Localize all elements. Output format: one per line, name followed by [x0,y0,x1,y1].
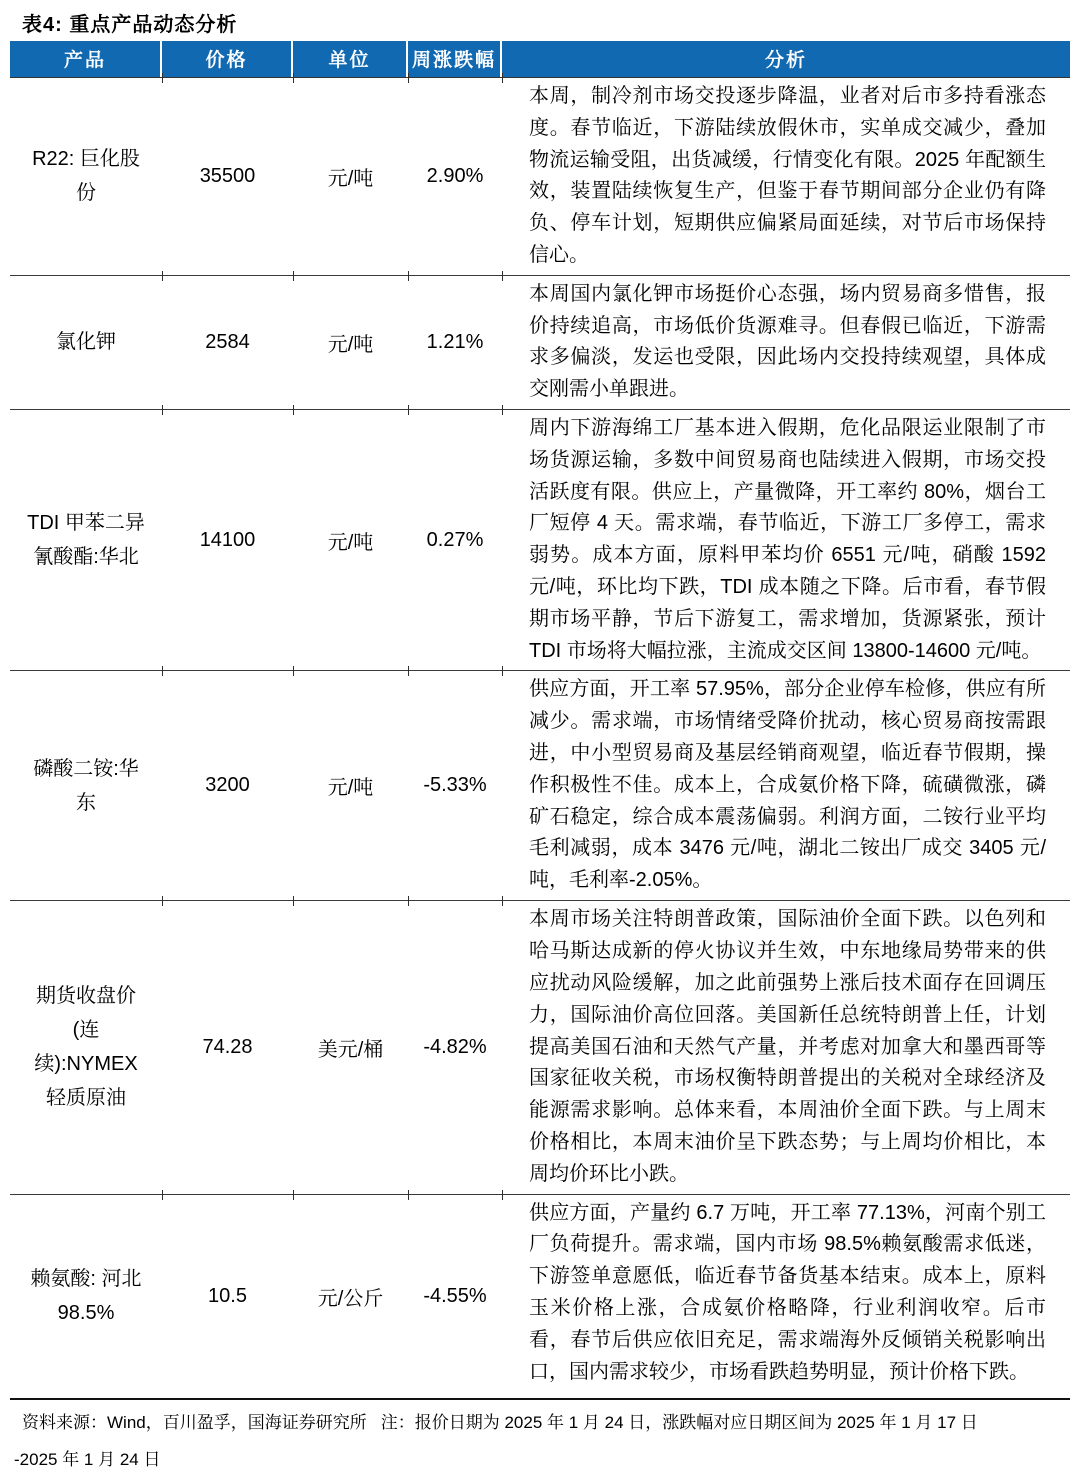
source-text: 资料来源：Wind，百川盈孚，国海证券研究所 [14,1413,367,1432]
table-row: 磷酸二铵:华 东 3200 元/吨 -5.33% 供应方面，开工率 57.95%… [10,670,1070,900]
price-cell: 14100 [162,410,293,670]
weekly-change-cell: -4.82% [408,901,502,1193]
footnote: 资料来源：Wind，百川盈孚，国海证券研究所注：报价日期为 2025 年 1 月… [14,1400,1066,1478]
analysis-cell: 本周国内氯化钾市场挺价心态强，场内贸易商多惜售，报价持续追高，市场低价货源难寻。… [502,276,1070,409]
table-row: TDI 甲苯二异 氰酸酯:华北 14100 元/吨 0.27% 周内下游海绵工厂… [10,409,1070,670]
price-cell: 2584 [162,276,293,409]
table-row: 赖氨酸: 河北 98.5% 10.5 元/公斤 -4.55% 供应方面，产量约 … [10,1194,1070,1398]
unit-cell: 元/吨 [293,78,408,275]
price-cell: 35500 [162,78,293,275]
weekly-change-cell: 1.21% [408,276,502,409]
col-header-analysis: 分析 [502,41,1070,77]
product-dynamics-table: 产品 价格 单位 周涨跌幅 分析 R22: 巨化股 份 35500 元/吨 2.… [10,41,1070,1400]
col-header-unit: 单位 [293,41,408,77]
price-cell: 74.28 [162,901,293,1193]
product-cell: 氯化钾 [10,276,162,409]
price-cell: 3200 [162,671,293,900]
table-row: R22: 巨化股 份 35500 元/吨 2.90% 本周，制冷剂市场交投逐步降… [10,78,1070,275]
product-cell: 磷酸二铵:华 东 [10,671,162,900]
price-cell: 10.5 [162,1195,293,1398]
unit-cell: 美元/桶 [293,901,408,1193]
analysis-cell: 供应方面，开工率 57.95%，部分企业停车检修，供应有所减少。需求端，市场情绪… [502,671,1070,900]
unit-cell: 元/吨 [293,410,408,670]
product-cell: 赖氨酸: 河北 98.5% [10,1195,162,1398]
weekly-change-cell: 2.90% [408,78,502,275]
unit-cell: 元/吨 [293,276,408,409]
product-cell: 期货收盘价 (连 续):NYMEX 轻质原油 [10,901,162,1193]
analysis-cell: 本周，制冷剂市场交投逐步降温，业者对后市多持看涨态度。春节临近，下游陆续放假休市… [502,78,1070,275]
product-cell: R22: 巨化股 份 [10,78,162,275]
table-row: 氯化钾 2584 元/吨 1.21% 本周国内氯化钾市场挺价心态强，场内贸易商多… [10,275,1070,409]
analysis-cell: 周内下游海绵工厂基本进入假期，危化品限运业限制了市场货源运输，多数中间贸易商也陆… [502,410,1070,670]
weekly-change-cell: 0.27% [408,410,502,670]
product-cell: TDI 甲苯二异 氰酸酯:华北 [10,410,162,670]
weekly-change-cell: -4.55% [408,1195,502,1398]
page-title: 表4: 重点产品动态分析 [0,0,1080,41]
unit-cell: 元/吨 [293,671,408,900]
col-header-price: 价格 [162,41,293,77]
analysis-cell: 供应方面，产量约 6.7 万吨，开工率 77.13%，河南个别工厂负荷提升。需求… [502,1195,1070,1398]
col-header-product: 产品 [10,41,162,77]
weekly-change-cell: -5.33% [408,671,502,900]
analysis-cell: 本周市场关注特朗普政策，国际油价全面下跌。以色列和哈马斯达成新的停火协议并生效，… [502,901,1070,1193]
table-row: 期货收盘价 (连 续):NYMEX 轻质原油 74.28 美元/桶 -4.82%… [10,900,1070,1193]
table-header-row: 产品 价格 单位 周涨跌幅 分析 [10,41,1070,78]
unit-cell: 元/公斤 [293,1195,408,1398]
col-header-weekly-change: 周涨跌幅 [408,41,502,77]
